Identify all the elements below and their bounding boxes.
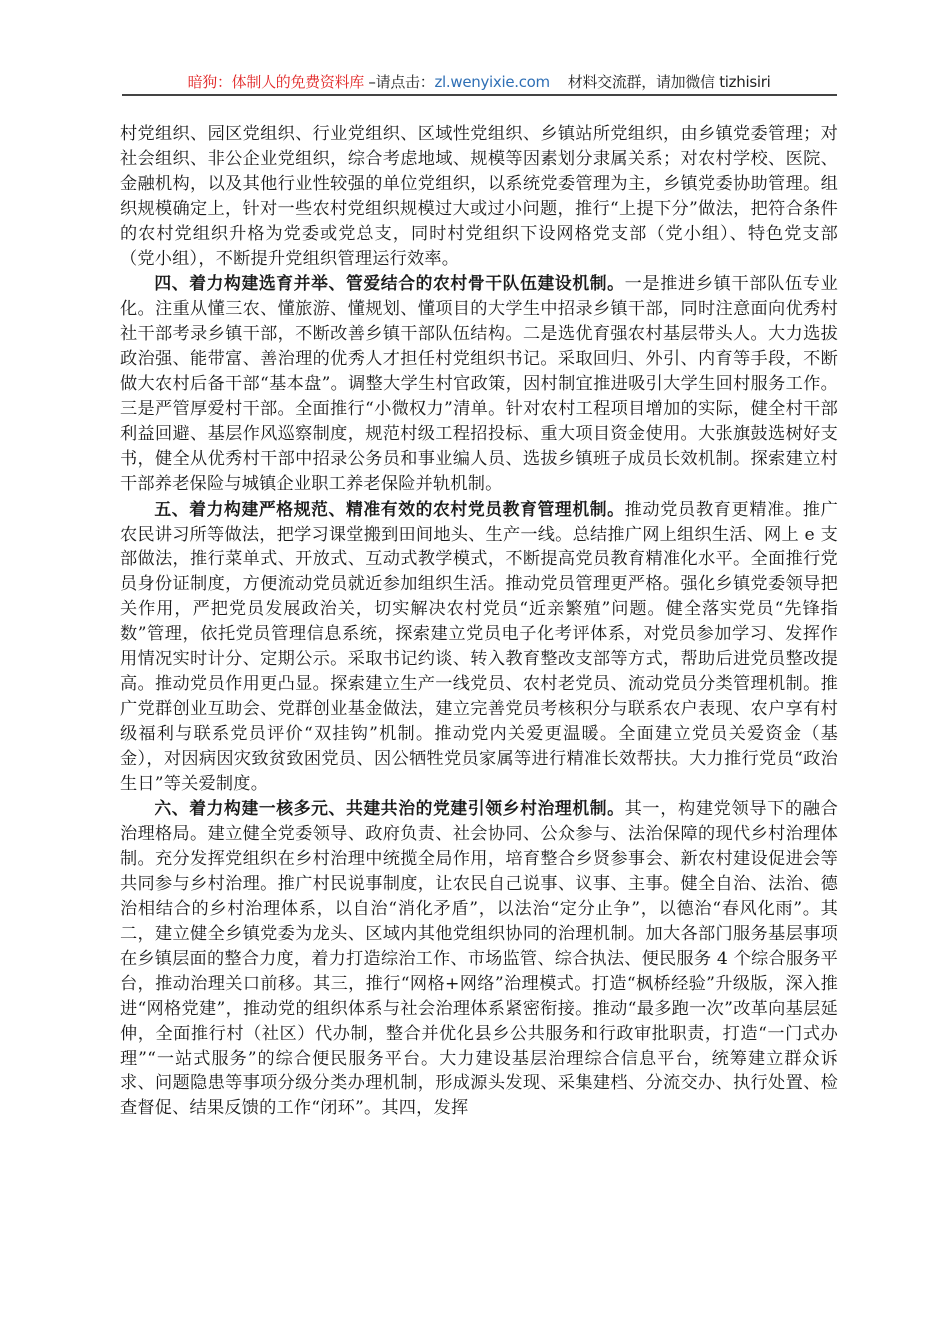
paragraph-section-5: 五、着力构建严格规范、精准有效的农村党员教育管理机制。推动党员教育更精准。推广农… [120,497,838,797]
paragraph-text: 村党组织、园区党组织、行业党组织、区域性党组织、乡镇站所党组织，由乡镇党委管理；… [120,124,838,269]
paragraph-text: 一是推进乡镇干部队伍专业化。注重从懂三农、懂旅游、懂规划、懂项目的大学生中招录乡… [120,274,838,493]
paragraph-continuation: 村党组织、园区党组织、行业党组织、区域性党组织、乡镇站所党组织，由乡镇党委管理；… [120,122,838,271]
paragraph-text: 其一，构建党领导下的融合治理格局。建立健全党委领导、政府负责、社会协同、公众参与… [120,799,838,1118]
section-heading: 六、着力构建一核多元、共建共治的党建引领乡村治理机制。 [154,798,624,818]
header-click-prompt: –请点击： [364,73,434,91]
header-wechat-prompt: 材料交流群，请加微信 tizhisiri [550,73,771,91]
header-site-name: 暗狗：体制人的免费资料库 [188,73,364,91]
header-divider [122,94,837,96]
document-body: 村党组织、园区党组织、行业党组织、区域性党组织、乡镇站所党组织，由乡镇党委管理；… [120,122,838,1121]
section-heading: 五、着力构建严格规范、精准有效的农村党员教育管理机制。 [154,499,624,519]
document-page: 暗狗：体制人的免费资料库 –请点击：zl.wenyixie.com 材料交流群，… [0,0,950,1344]
paragraph-section-6: 六、着力构建一核多元、共建共治的党建引领乡村治理机制。其一，构建党领导下的融合治… [120,796,838,1121]
page-header: 暗狗：体制人的免费资料库 –请点击：zl.wenyixie.com 材料交流群，… [122,70,836,94]
header-url-link[interactable]: zl.wenyixie.com [434,73,549,91]
paragraph-text: 推动党员教育更精准。推广农民讲习所等做法，把学习课堂搬到田间地头、生产一线。总结… [120,500,838,794]
section-heading: 四、着力构建选育并举、管爱结合的农村骨干队伍建设机制。 [154,273,624,293]
paragraph-section-4: 四、着力构建选育并举、管爱结合的农村骨干队伍建设机制。一是推进乡镇干部队伍专业化… [120,271,838,496]
